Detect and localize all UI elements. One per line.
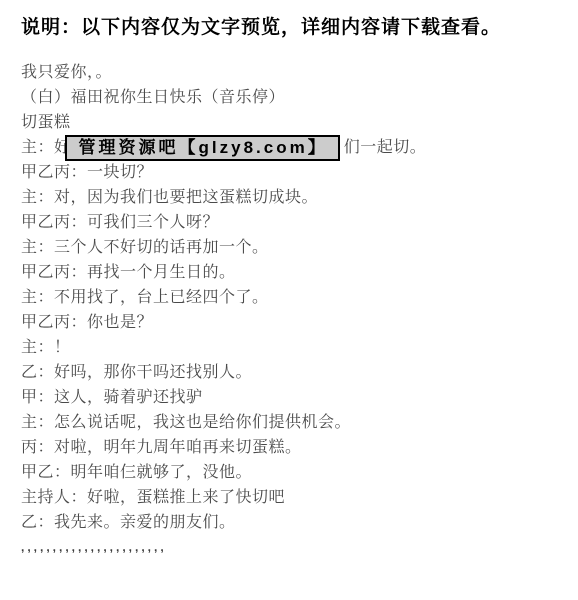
script-line: 乙：好吗，那你干吗还找别人。 (21, 360, 560, 385)
script-line: 主：三个人不好切的话再加一个。 (21, 235, 560, 260)
preview-notice: 说明：以下内容仅为文字预览，详细内容请下载查看。 (21, 16, 560, 40)
document-preview: 说明：以下内容仅为文字预览，详细内容请下载查看。 我只爱你，。 （白）福田祝你生… (0, 0, 578, 560)
watermark-badge: 管理资源吧【glzy8.com】 (65, 135, 340, 161)
script-line: 甲乙丙：你也是？ (21, 310, 560, 335)
script-line: 主：！ (21, 335, 560, 360)
script-line: 甲乙：明年咱仨就够了，没他。 (21, 460, 560, 485)
script-line: 丙：对啦，明年九周年咱再来切蛋糕。 (21, 435, 560, 460)
script-line: 甲乙丙：再找一个月生日的。 (21, 260, 560, 285)
script-line: 主持人：好啦，蛋糕推上来了快切吧 (21, 485, 560, 510)
script-line: （白）福田祝你生日快乐（音乐停） (21, 85, 560, 110)
watermark-text: 管理资源吧【glzy8.com】 (79, 138, 328, 157)
script-line-with-watermark: 主：好 管理资源吧【glzy8.com】 们一起切。 (21, 135, 560, 160)
script-line-after-watermark: 们一起切。 (344, 135, 427, 160)
script-line: 切蛋糕 (21, 110, 560, 135)
script-line: 主：对，因为我们也要把这蛋糕切成块。 (21, 185, 560, 210)
script-line: 甲：这人，骑着驴还找驴 (21, 385, 560, 410)
script-line-before-watermark: 主：好 (21, 135, 71, 160)
script-line: 主：怎么说话呢，我这也是给你们提供机会。 (21, 410, 560, 435)
script-line: 我只爱你，。 (21, 60, 560, 85)
script-line: 甲乙丙：一块切？ (21, 160, 560, 185)
script-line: 甲乙丙：可我们三个人呀？ (21, 210, 560, 235)
script-body: 我只爱你，。 （白）福田祝你生日快乐（音乐停） 切蛋糕 主：好 管理资源吧【gl… (21, 60, 560, 560)
script-line: 乙：我先来。亲爱的朋友们。 (21, 510, 560, 535)
truncation-dots: ,,,,,,,,,,,,,,,,,,,,,,, (21, 535, 560, 560)
script-line: 主：不用找了，台上已经四个了。 (21, 285, 560, 310)
